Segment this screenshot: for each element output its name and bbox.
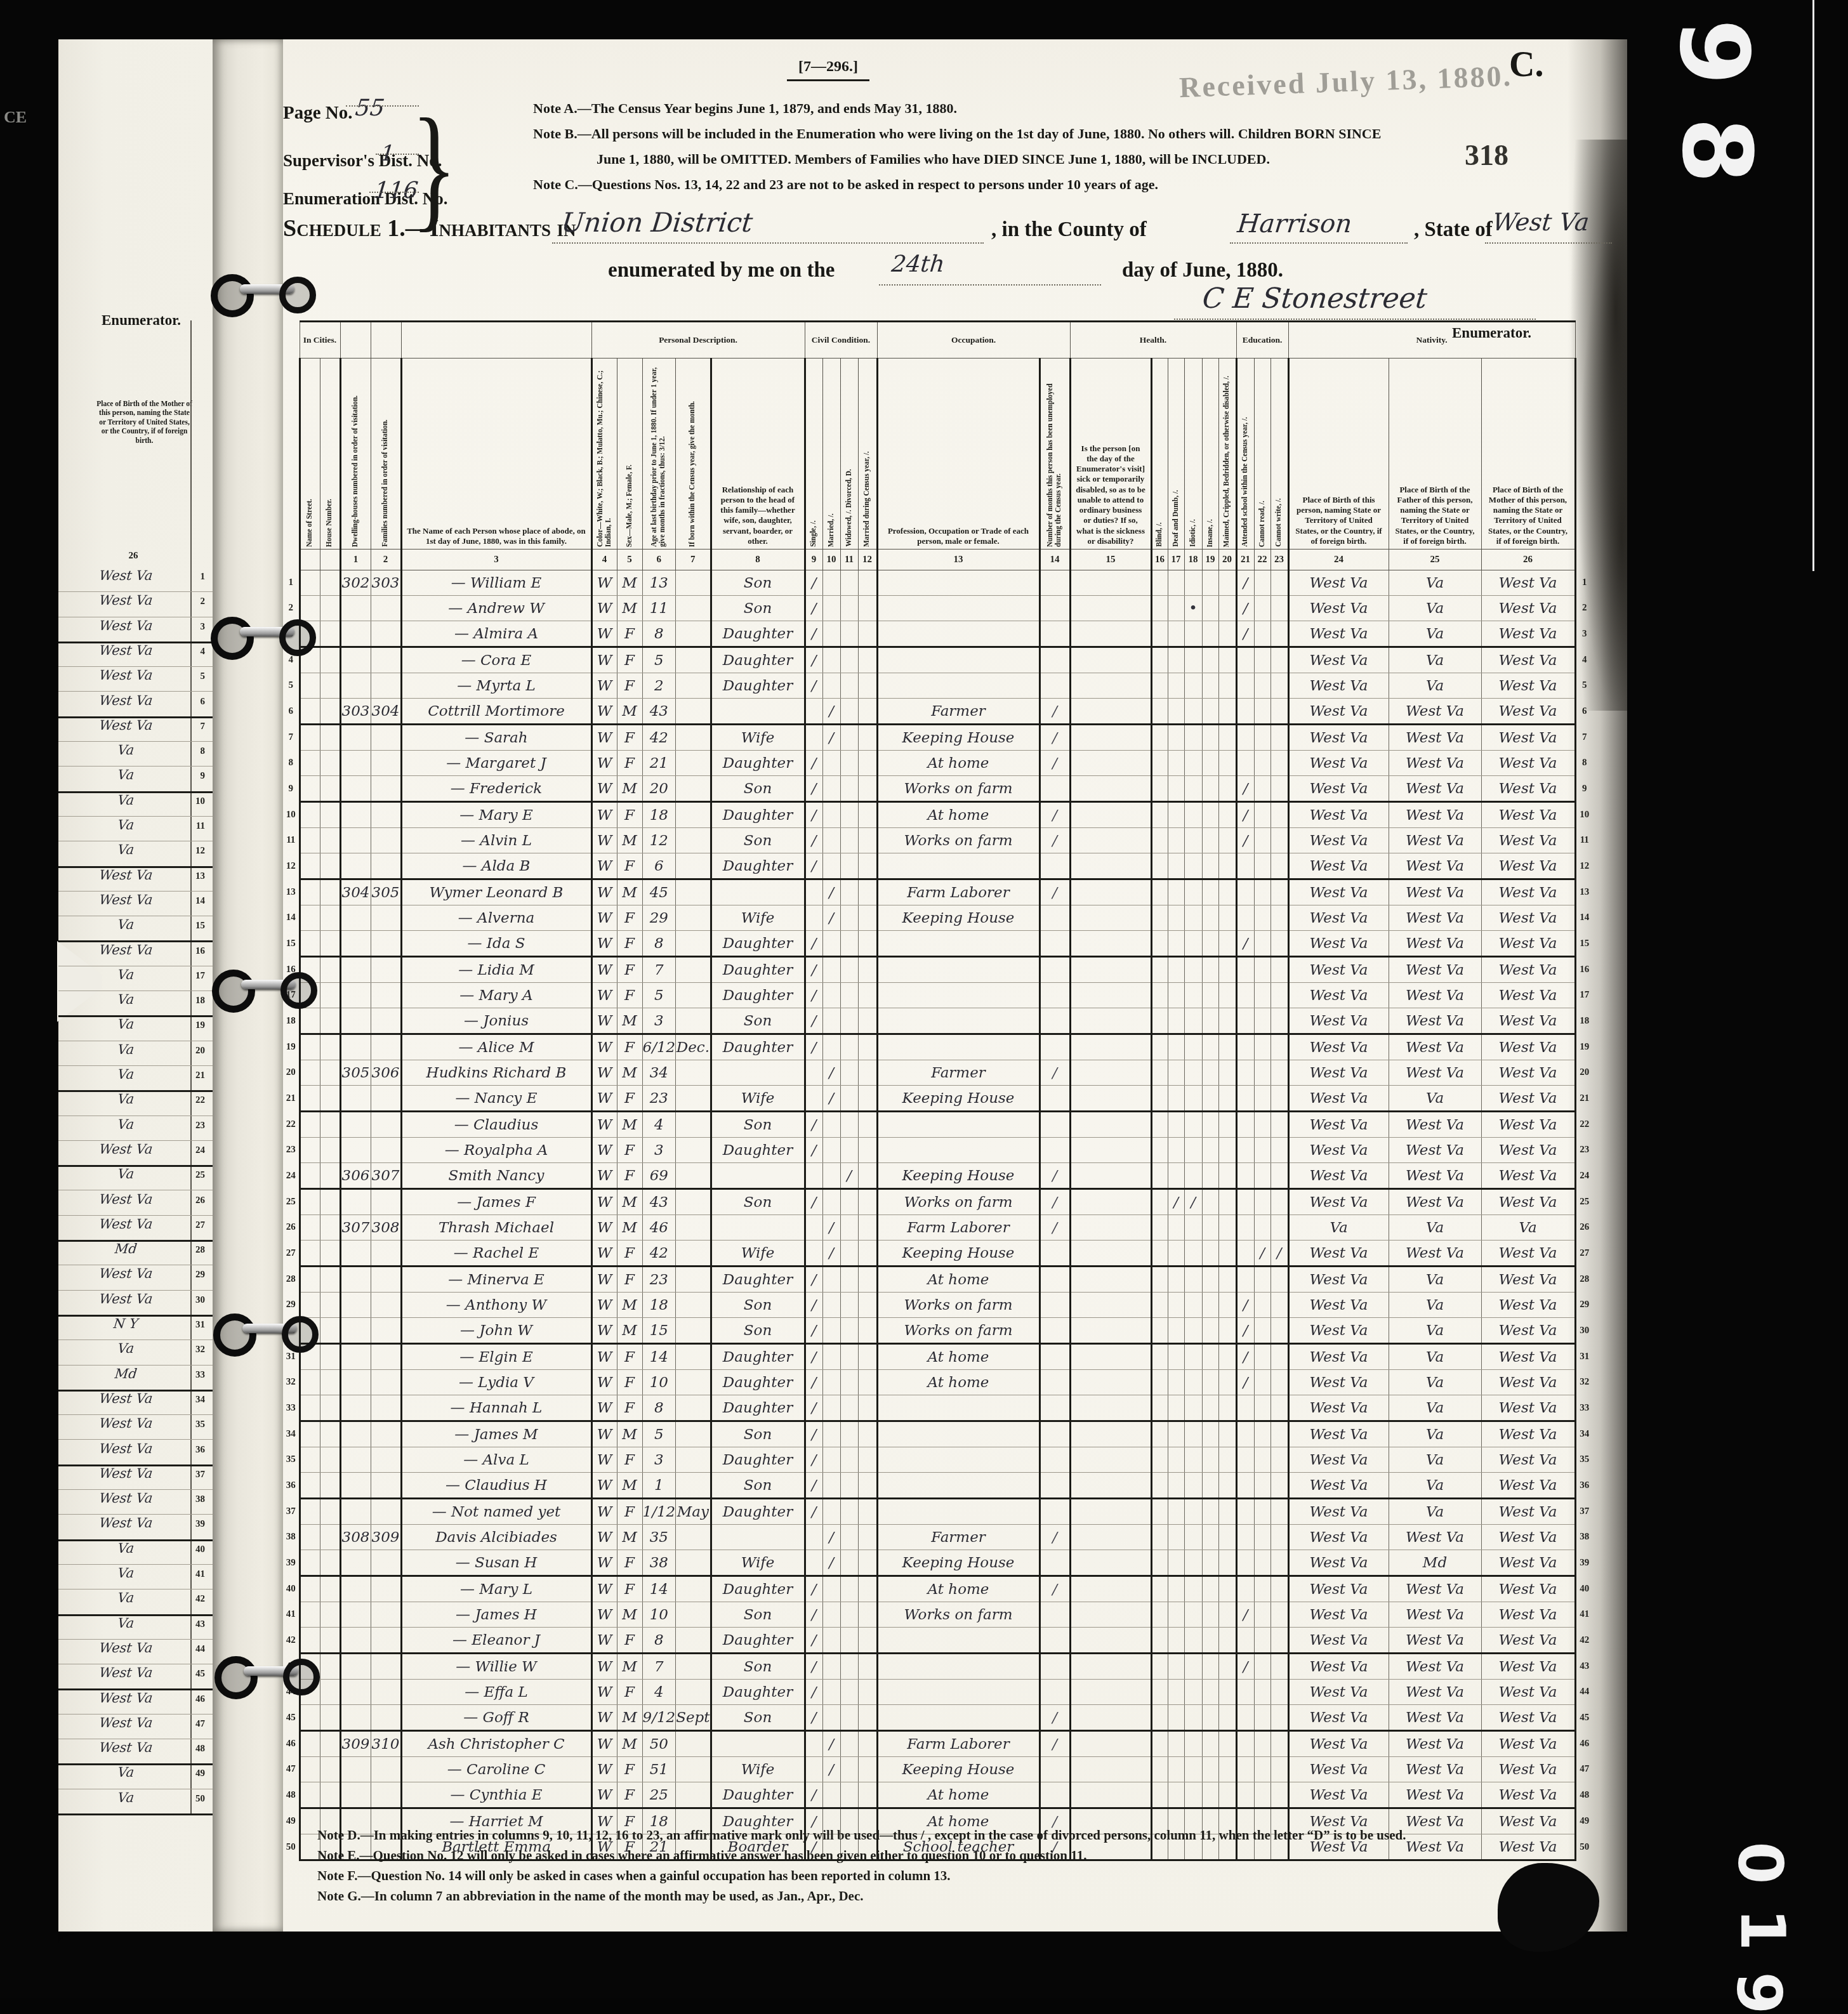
cell-deaf-dumb: [1168, 1008, 1184, 1034]
col-number-cannot-read: 22: [1254, 550, 1270, 570]
cell-birthplace: West Va: [1288, 1395, 1389, 1421]
cell-widowed: [840, 1525, 858, 1550]
cell-occupation: Keeping House: [877, 1086, 1039, 1112]
cell-cannot-write: [1270, 1344, 1288, 1370]
cell-father-birthplace: West Va: [1389, 828, 1481, 853]
left-margin-value: West Va: [77, 693, 176, 708]
cell-mother-birthplace: West Va: [1481, 1370, 1575, 1395]
cell-age: 38: [642, 1550, 676, 1576]
left-margin-row-number: 38: [195, 1494, 205, 1505]
cell-single: /: [805, 1473, 822, 1499]
binder-ring-5: [214, 1654, 310, 1689]
cell-blind: [1151, 1680, 1168, 1705]
col-header-cannot-write: Cannot write, /.: [1270, 359, 1288, 550]
cell-married-census-year: [858, 1293, 877, 1318]
cell-month: [676, 1241, 711, 1267]
left-margin-row-number: 37: [195, 1470, 205, 1480]
cell-color: W: [591, 1680, 617, 1705]
cell-sex: F: [617, 1344, 642, 1370]
cell-age: 18: [642, 1293, 676, 1318]
cell-month: [676, 1473, 711, 1499]
row-number-right: 10: [1575, 802, 1593, 828]
note-e: Note E.—Question No. 12 will only be ask…: [317, 1845, 1406, 1866]
left-margin-row-number: 30: [195, 1295, 205, 1306]
cell-month: [676, 725, 711, 751]
cell-street: [300, 1602, 320, 1628]
cell-relationship: Son: [711, 1112, 805, 1138]
cell-month: [676, 983, 711, 1008]
row-number-right: 4: [1575, 647, 1593, 673]
row-number-left: 25: [283, 1189, 300, 1215]
left-margin-row-number: 31: [195, 1320, 205, 1331]
cell-month: [676, 1525, 711, 1550]
cell-months-unemployed: [1039, 905, 1070, 931]
state-leader: [1485, 242, 1612, 244]
cell-name: Cottrill Mortimore: [401, 699, 591, 725]
cell-maimed: [1218, 570, 1236, 596]
left-margin-row: Va20: [58, 1041, 213, 1066]
cell-insane: [1202, 1499, 1218, 1525]
cell-father-birthplace: Va: [1389, 1215, 1481, 1241]
cell-color: W: [591, 751, 617, 776]
cell-family: [371, 1473, 401, 1499]
cell-house: [320, 1086, 340, 1112]
cell-birthplace: West Va: [1288, 596, 1389, 621]
county-label: , in the County of: [991, 218, 1147, 242]
left-margin-row-number: 19: [195, 1020, 205, 1031]
enumerated-prefix: enumerated by me on the: [608, 259, 835, 282]
cell-birthplace: West Va: [1288, 1499, 1389, 1525]
group-health: Health.: [1070, 322, 1236, 359]
cell-sex: M: [617, 570, 642, 596]
cell-idiotic: [1184, 776, 1202, 802]
cell-relationship: Wife: [711, 1550, 805, 1576]
row-number-right: 39: [1575, 1550, 1593, 1576]
cell-street: [300, 802, 320, 828]
cell-street: [300, 1395, 320, 1421]
cell-married: /: [822, 879, 840, 905]
cell-name: — Alda B: [401, 853, 591, 879]
cell-name: — Mary A: [401, 983, 591, 1008]
cell-maimed: [1218, 1241, 1236, 1267]
cell-single: /: [805, 1034, 822, 1060]
cell-birthplace: West Va: [1288, 1008, 1389, 1034]
table-row: 38308309Davis AlcibiadesWM35/Farmer/West…: [283, 1525, 1593, 1550]
left-margin-value: West Va: [77, 1216, 176, 1232]
cell-months-unemployed: /: [1039, 751, 1070, 776]
left-margin-row: West Va47: [58, 1714, 213, 1739]
table-row: 25— James FWM43Son/Works on farm///West …: [283, 1189, 1593, 1215]
cell-age: 10: [642, 1602, 676, 1628]
col-header-blind: Blind, /.: [1151, 359, 1168, 550]
cell-married-census-year: [858, 1757, 877, 1782]
cell-idiotic: [1184, 1757, 1202, 1782]
cell-sickness: [1070, 1447, 1151, 1473]
cell-relationship: [711, 879, 805, 905]
cell-idiotic: [1184, 1499, 1202, 1525]
cell-insane: [1202, 828, 1218, 853]
group-personal-description: Personal Description.: [591, 322, 805, 359]
cell-street: [300, 1034, 320, 1060]
cell-age: 23: [642, 1086, 676, 1112]
cell-family: [371, 1395, 401, 1421]
left-margin-value: West Va: [77, 643, 176, 658]
cell-married: [822, 1628, 840, 1654]
cell-color: W: [591, 1602, 617, 1628]
cell-idiotic: [1184, 1318, 1202, 1344]
cell-sickness: [1070, 699, 1151, 725]
cell-father-birthplace: West Va: [1389, 1138, 1481, 1163]
cell-insane: [1202, 1550, 1218, 1576]
cell-deaf-dumb: /: [1168, 1189, 1184, 1215]
cell-age: 13: [642, 570, 676, 596]
cell-relationship: Daughter: [711, 983, 805, 1008]
cell-cannot-read: [1254, 1421, 1270, 1447]
cell-family: [371, 1680, 401, 1705]
row-number-right: 37: [1575, 1499, 1593, 1525]
cell-father-birthplace: West Va: [1389, 1034, 1481, 1060]
cell-months-unemployed: [1039, 1370, 1070, 1395]
table-row: 31— Elgin EWF14Daughter/At home/West VaV…: [283, 1344, 1593, 1370]
cell-months-unemployed: [1039, 931, 1070, 957]
cell-color: W: [591, 1654, 617, 1680]
cell-blind: [1151, 1757, 1168, 1782]
cell-color: W: [591, 776, 617, 802]
cell-cannot-write: [1270, 879, 1288, 905]
cell-maimed: [1218, 1215, 1236, 1241]
note-c: Note C.—Questions Nos. 13, 14, 22 and 23…: [533, 176, 1158, 193]
cell-attended-school: [1236, 1112, 1254, 1138]
cell-street: [300, 1499, 320, 1525]
cell-father-birthplace: West Va: [1389, 1705, 1481, 1731]
cell-name: — Alva L: [401, 1447, 591, 1473]
left-margin-row: West Va2: [58, 591, 213, 617]
cell-attended-school: /: [1236, 1344, 1254, 1370]
cell-house: [320, 1421, 340, 1447]
row-number-left: 49: [283, 1808, 300, 1834]
cell-months-unemployed: [1039, 1499, 1070, 1525]
cell-house: [320, 1628, 340, 1654]
cell-dwelling: [340, 1602, 371, 1628]
left-margin-row: West Va5: [58, 666, 213, 692]
group-civil-condition: Civil Condition.: [805, 322, 877, 359]
row-number-left: 9: [283, 776, 300, 802]
cell-dwelling: [340, 725, 371, 751]
cell-sex: F: [617, 853, 642, 879]
cell-single: [805, 1163, 822, 1189]
table-row: 26307308Thrash MichaelWM46/Farm Laborer/…: [283, 1215, 1593, 1241]
cell-married-census-year: [858, 570, 877, 596]
cell-occupation: At home: [877, 1267, 1039, 1293]
cell-cannot-write: [1270, 699, 1288, 725]
left-margin-row: West Va29: [58, 1265, 213, 1290]
cell-sickness: [1070, 1731, 1151, 1757]
cell-months-unemployed: [1039, 1757, 1070, 1782]
cell-street: [300, 725, 320, 751]
col-number-age: 6: [642, 550, 676, 570]
cell-sex: F: [617, 751, 642, 776]
cell-months-unemployed: /: [1039, 828, 1070, 853]
cell-color: W: [591, 853, 617, 879]
cell-family: [371, 828, 401, 853]
cell-color: W: [591, 1370, 617, 1395]
cell-birthplace: West Va: [1288, 1370, 1389, 1395]
cell-deaf-dumb: [1168, 621, 1184, 647]
left-margin-row: West Va38: [58, 1489, 213, 1515]
cell-color: W: [591, 828, 617, 853]
cell-single: /: [805, 1654, 822, 1680]
left-margin-row-number: 49: [195, 1768, 205, 1779]
cell-sickness: [1070, 1370, 1151, 1395]
left-margin-row: Va18: [58, 991, 213, 1017]
cell-married: [822, 1293, 840, 1318]
cell-month: May: [676, 1499, 711, 1525]
cell-birthplace: West Va: [1288, 1112, 1389, 1138]
cell-insane: [1202, 1163, 1218, 1189]
cell-deaf-dumb: [1168, 1138, 1184, 1163]
cell-color: W: [591, 1395, 617, 1421]
left-margin-row: Va12: [58, 841, 213, 867]
left-margin-row: West Va26: [58, 1190, 213, 1216]
row-number-right: 5: [1575, 673, 1593, 699]
cell-mother-birthplace: West Va: [1481, 699, 1575, 725]
cell-mother-birthplace: West Va: [1481, 1654, 1575, 1680]
cell-street: [300, 1705, 320, 1731]
cell-occupation: Farmer: [877, 1525, 1039, 1550]
cell-father-birthplace: West Va: [1389, 905, 1481, 931]
left-margin-row-number: 36: [195, 1445, 205, 1456]
cell-married-census-year: [858, 1447, 877, 1473]
left-margin-value: West Va: [77, 618, 176, 633]
cell-attended-school: /: [1236, 1370, 1254, 1395]
cell-father-birthplace: West Va: [1389, 1189, 1481, 1215]
left-margin-row-number: 15: [195, 921, 205, 931]
left-margin-row: Va25: [58, 1165, 213, 1190]
cell-family: [371, 1370, 401, 1395]
cell-sickness: [1070, 1318, 1151, 1344]
cell-month: [676, 828, 711, 853]
left-margin-value: West Va: [77, 1266, 176, 1281]
cell-months-unemployed: /: [1039, 1576, 1070, 1602]
cell-occupation: [877, 1499, 1039, 1525]
group-nativity: Nativity.: [1288, 322, 1575, 359]
cell-married-census-year: [858, 1782, 877, 1808]
left-margin-value: Va: [77, 1017, 176, 1032]
cell-color: W: [591, 1550, 617, 1576]
row-number-left: 34: [283, 1421, 300, 1447]
cell-attended-school: [1236, 1395, 1254, 1421]
cell-name: — Alice M: [401, 1034, 591, 1060]
cell-birthplace: West Va: [1288, 1602, 1389, 1628]
row-number-right: 17: [1575, 983, 1593, 1008]
cell-months-unemployed: /: [1039, 725, 1070, 751]
cell-month: [676, 699, 711, 725]
cell-age: 8: [642, 621, 676, 647]
col-header-dwelling: Dwelling-houses numbered in order of vis…: [340, 359, 371, 550]
cell-house: [320, 983, 340, 1008]
cell-married: /: [822, 1525, 840, 1550]
cell-age: 15: [642, 1318, 676, 1344]
cell-cannot-write: [1270, 1602, 1288, 1628]
cell-maimed: [1218, 1112, 1236, 1138]
cell-color: W: [591, 1421, 617, 1447]
col-number-single: 9: [805, 550, 822, 570]
cell-attended-school: /: [1236, 1602, 1254, 1628]
cell-house: [320, 776, 340, 802]
cell-name: — Caroline C: [401, 1757, 591, 1782]
cell-idiotic: [1184, 647, 1202, 673]
cell-attended-school: /: [1236, 570, 1254, 596]
left-margin-row-number: 3: [201, 622, 206, 633]
cell-cannot-write: [1270, 853, 1288, 879]
cell-occupation: [877, 931, 1039, 957]
cell-color: W: [591, 1138, 617, 1163]
cell-family: [371, 1267, 401, 1293]
cell-sickness: [1070, 596, 1151, 621]
cell-dwelling: 305: [340, 1060, 371, 1086]
col-number-cannot-write: 23: [1270, 550, 1288, 570]
left-margin-value: Md: [77, 1241, 176, 1256]
cell-name: — Alverna: [401, 905, 591, 931]
cell-age: 11: [642, 596, 676, 621]
table-row: 8— Margaret JWF21Daughter/At home/West V…: [283, 751, 1593, 776]
left-margin-row-number: 8: [201, 746, 206, 757]
cell-birthplace: West Va: [1288, 1060, 1389, 1086]
cell-married-census-year: [858, 802, 877, 828]
cell-relationship: [711, 699, 805, 725]
cell-idiotic: [1184, 853, 1202, 879]
cell-cannot-write: [1270, 1370, 1288, 1395]
cell-dwelling: [340, 1267, 371, 1293]
cell-age: 8: [642, 1395, 676, 1421]
table-row: 27— Rachel EWF42Wife/Keeping House//West…: [283, 1241, 1593, 1267]
cell-months-unemployed: /: [1039, 1189, 1070, 1215]
cell-maimed: [1218, 1318, 1236, 1344]
cell-cannot-read: [1254, 983, 1270, 1008]
row-number-right: 22: [1575, 1112, 1593, 1138]
cell-single: [805, 1757, 822, 1782]
col-header-father-birthplace: Place of Birth of the Father of this per…: [1389, 359, 1481, 550]
cell-married: [822, 1034, 840, 1060]
cell-house: [320, 1267, 340, 1293]
cell-insane: [1202, 1112, 1218, 1138]
left-margin-row: West Va45: [58, 1664, 213, 1690]
cell-house: [320, 1112, 340, 1138]
cell-color: W: [591, 957, 617, 983]
cell-relationship: Daughter: [711, 1370, 805, 1395]
cell-months-unemployed: /: [1039, 1705, 1070, 1731]
cell-occupation: [877, 647, 1039, 673]
cell-sickness: [1070, 931, 1151, 957]
cell-color: W: [591, 1293, 617, 1318]
row-number-left: 45: [283, 1705, 300, 1731]
cell-deaf-dumb: [1168, 699, 1184, 725]
cell-married: [822, 1473, 840, 1499]
cell-married: /: [822, 1550, 840, 1576]
cell-blind: [1151, 1628, 1168, 1654]
left-margin-value: West Va: [77, 1690, 176, 1706]
cell-maimed: [1218, 1267, 1236, 1293]
binder-ring-2: [211, 614, 306, 650]
cell-cannot-write: [1270, 1499, 1288, 1525]
cell-dwelling: [340, 1473, 371, 1499]
cell-single: /: [805, 1421, 822, 1447]
left-margin-value: West Va: [77, 668, 176, 683]
cell-street: [300, 570, 320, 596]
cell-age: 4: [642, 1680, 676, 1705]
row-number-header: [283, 322, 300, 359]
bottom-notes: Note D.—In making entries in columns 9, …: [317, 1825, 1406, 1906]
cell-single: /: [805, 1008, 822, 1034]
cell-single: [805, 699, 822, 725]
cell-month: [676, 802, 711, 828]
cell-married: [822, 1112, 840, 1138]
table-row: 35— Alva LWF3Daughter/West VaVaWest Va35: [283, 1447, 1593, 1473]
cell-insane: [1202, 1060, 1218, 1086]
cell-age: 6/12: [642, 1034, 676, 1060]
left-margin-value: Va: [77, 1790, 176, 1805]
cell-family: [371, 673, 401, 699]
cell-month: [676, 1060, 711, 1086]
cell-month: [676, 1138, 711, 1163]
cell-age: 3: [642, 1138, 676, 1163]
cell-color: W: [591, 1241, 617, 1267]
cell-insane: [1202, 751, 1218, 776]
cell-name: — Willie W: [401, 1654, 591, 1680]
group-blank-1: [340, 322, 371, 359]
cell-cannot-read: [1254, 1731, 1270, 1757]
cell-married: [822, 1447, 840, 1473]
cell-insane: [1202, 1318, 1218, 1344]
col-header-widowed: Widowed, /. Divorced, D.: [840, 359, 858, 550]
cell-house: [320, 1138, 340, 1163]
row-number-right: 14: [1575, 905, 1593, 931]
cell-maimed: [1218, 802, 1236, 828]
left-margin-col-number: 26: [95, 551, 171, 562]
cell-married-census-year: [858, 673, 877, 699]
cell-deaf-dumb: [1168, 1267, 1184, 1293]
left-margin-value: West Va: [77, 1192, 176, 1207]
left-margin-row-number: 41: [195, 1569, 205, 1580]
cell-dwelling: [340, 776, 371, 802]
cell-street: [300, 1731, 320, 1757]
col-header-cannot-read: Cannot read, /.: [1254, 359, 1270, 550]
cell-insane: [1202, 1370, 1218, 1395]
left-margin-row-number: 29: [195, 1270, 205, 1280]
cell-cannot-write: [1270, 673, 1288, 699]
row-number-right: 30: [1575, 1318, 1593, 1344]
cell-cannot-read: [1254, 802, 1270, 828]
cell-maimed: [1218, 1602, 1236, 1628]
cell-months-unemployed: /: [1039, 1525, 1070, 1550]
cell-widowed: [840, 1654, 858, 1680]
col-header-house: House Number.: [320, 359, 340, 550]
cell-cannot-read: /: [1254, 1241, 1270, 1267]
col-header-single: Single, /.: [805, 359, 822, 550]
cell-occupation: [877, 1034, 1039, 1060]
cell-birthplace: West Va: [1288, 828, 1389, 853]
left-margin-row: West Va39: [58, 1514, 213, 1541]
cell-street: [300, 853, 320, 879]
cell-married-census-year: [858, 1138, 877, 1163]
row-number-right: 49: [1575, 1808, 1593, 1834]
cell-widowed: [840, 983, 858, 1008]
cell-birthplace: West Va: [1288, 1782, 1389, 1808]
cell-dwelling: [340, 905, 371, 931]
cell-blind: [1151, 1525, 1168, 1550]
cell-idiotic: [1184, 1215, 1202, 1241]
row-number-right: 42: [1575, 1628, 1593, 1654]
